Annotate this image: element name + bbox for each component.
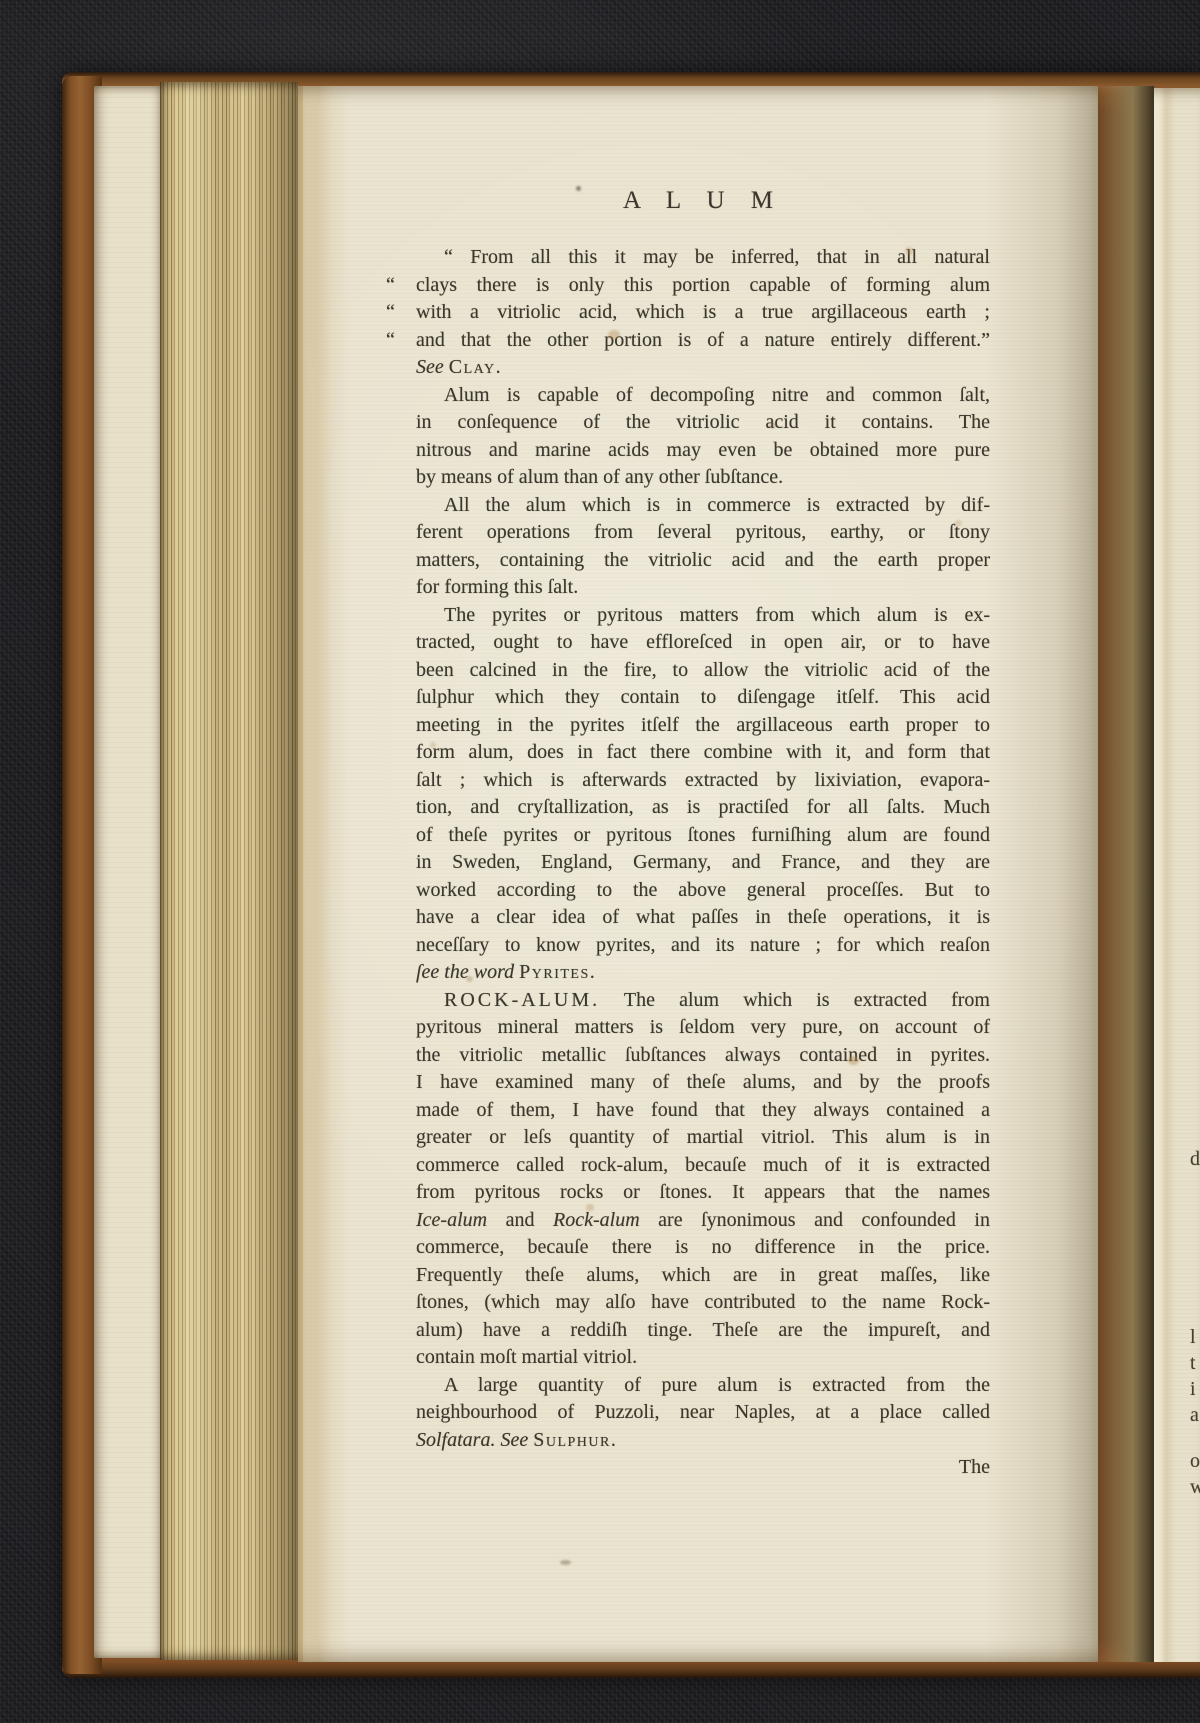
body-text: “ From all this it may be inferred, that…: [416, 244, 990, 1482]
text-line: greater or leſs quantity of martial vitr…: [416, 1124, 990, 1152]
text-line: “clays there is only this portion capabl…: [416, 272, 990, 300]
text-run: commerce, becauſe there is no difference…: [416, 1236, 990, 1258]
text-run: Alum is capable of decompoſing nitre and…: [444, 384, 990, 406]
text-run: tion, and cryſtallization, as is practiſ…: [416, 796, 990, 818]
paragraph: A large quantity of pure alum is extract…: [416, 1372, 990, 1455]
paragraph: “ From all this it may be inferred, that…: [416, 244, 990, 382]
text-line: “with a vitriolic acid, which is a true …: [416, 299, 990, 327]
catchword: The: [416, 1454, 990, 1482]
text-line: “ From all this it may be inferred, that…: [416, 244, 990, 272]
text-run: The alum which is extracted from: [600, 989, 990, 1011]
text-run: ſulphur which they contain to diſengage …: [416, 686, 990, 708]
text-run: in conſequence of the vitriolic acid it …: [416, 411, 990, 433]
text-line: ſtones, (which may alſo have contributed…: [416, 1289, 990, 1317]
text-run: made of them, I have found that they alw…: [416, 1099, 990, 1121]
text-run: been calcined in the fire, to allow the …: [416, 659, 990, 681]
text-run: ſalt ; which is afterwards extracted by …: [416, 769, 990, 791]
hanging-quote-mark: “: [386, 327, 395, 355]
text-line: in conſequence of the vitriolic acid it …: [416, 409, 990, 437]
text-line: commerce called rock-alum, becauſe much …: [416, 1152, 990, 1180]
book-page: A L U M “ From all this it may be inferr…: [298, 86, 1098, 1662]
page-header: A L U M: [416, 186, 990, 216]
text-run: Frequently theſe alums, which are in gre…: [416, 1264, 990, 1286]
paragraph: Alum is capable of decompoſing nitre and…: [416, 382, 990, 492]
text-line: from pyritous rocks or ſtones. It appear…: [416, 1179, 990, 1207]
text-line: contain moſt martial vitriol.: [416, 1344, 990, 1372]
text-run: Solfatara.: [416, 1429, 495, 1451]
text-line: of theſe pyrites or pyritous ſtones furn…: [416, 822, 990, 850]
text-run: commerce called rock-alum, becauſe much …: [416, 1154, 990, 1176]
text-line: I have examined many of theſe alums, and…: [416, 1069, 990, 1097]
text-run: the vitriolic metallic ſubſtances always…: [416, 1044, 990, 1066]
text-line: for forming this ſalt.: [416, 574, 990, 602]
text-run: by means of alum than of any other ſubſt…: [416, 466, 783, 488]
text-line: have a clear idea of what paſſes in theſ…: [416, 904, 990, 932]
text-line: A large quantity of pure alum is extract…: [416, 1372, 990, 1400]
text-run: from pyritous rocks or ſtones. It appear…: [416, 1181, 990, 1203]
text-run: with a vitriolic acid, which is a true a…: [416, 301, 990, 323]
text-line: the vitriolic metallic ſubſtances always…: [416, 1042, 990, 1070]
text-line: ſalt ; which is afterwards extracted by …: [416, 767, 990, 795]
text-line: matters, containing the vitriolic acid a…: [416, 547, 990, 575]
text-line: See Clay.: [416, 354, 990, 382]
text-line: pyritous mineral matters is ſeldom very …: [416, 1014, 990, 1042]
text-run: of theſe pyrites or pyritous ſtones furn…: [416, 824, 990, 846]
text-line: Frequently theſe alums, which are in gre…: [416, 1262, 990, 1290]
text-run: Clay.: [449, 356, 502, 378]
fore-edge-page-stack: [160, 82, 298, 1660]
text-run: pyritous mineral matters is ſeldom very …: [416, 1016, 990, 1038]
text-line: Ice-alum and Rock-alum are ſynonimous an…: [416, 1207, 990, 1235]
text-run: contain moſt martial vitriol.: [416, 1346, 637, 1368]
text-line: “and that the other portion is of a natu…: [416, 327, 990, 355]
text-line: tracted, ought to have effloreſced in op…: [416, 629, 990, 657]
text-run: I have examined many of theſe alums, and…: [416, 1071, 990, 1093]
text-line: ſulphur which they contain to diſengage …: [416, 684, 990, 712]
text-line: commerce, becauſe there is no difference…: [416, 1234, 990, 1262]
paragraph: All the alum which is in commerce is ext…: [416, 492, 990, 602]
hanging-quote-mark: “: [386, 299, 395, 327]
text-run: and that the other portion is of a natur…: [416, 329, 990, 351]
book-photo: { "photo": { "background_color": "#20202…: [0, 0, 1200, 1723]
text-run: ferent operations from ſeveral pyritous,…: [416, 521, 990, 543]
book: A L U M “ From all this it may be inferr…: [62, 72, 1200, 1678]
text-run: ROCK-ALUM.: [444, 989, 600, 1011]
text-line: All the alum which is in commerce is ext…: [416, 492, 990, 520]
text-run: tracted, ought to have effloreſced in op…: [416, 631, 990, 653]
text-line: in Sweden, England, Germany, and France,…: [416, 849, 990, 877]
text-run: have a clear idea of what paſſes in theſ…: [416, 906, 990, 928]
text-line: been calcined in the fire, to allow the …: [416, 657, 990, 685]
text-run: A large quantity of pure alum is extract…: [444, 1374, 990, 1396]
text-run: neceſſary to know pyrites, and its natur…: [416, 934, 990, 956]
text-run: nitrous and marine acids may even be obt…: [416, 439, 990, 461]
text-run: are ſynonimous and confounded in: [640, 1209, 990, 1231]
text-run: form alum, does in fact there combine wi…: [416, 741, 990, 763]
gutter-shadow: [1098, 86, 1154, 1662]
text-run: matters, containing the vitriolic acid a…: [416, 549, 990, 571]
text-run: All the alum which is in commerce is ext…: [444, 494, 990, 516]
text-run: in Sweden, England, Germany, and France,…: [416, 851, 990, 873]
text-run: alum) have a reddiſh tinge. Theſe are th…: [416, 1319, 990, 1341]
text-run: for forming this ſalt.: [416, 576, 578, 598]
text-run: See: [500, 1429, 533, 1451]
text-run: Sulphur.: [533, 1429, 617, 1451]
text-block: A L U M “ From all this it may be inferr…: [416, 86, 990, 1482]
text-run: and: [487, 1209, 553, 1231]
text-run: “ From all this it may be inferred, that…: [444, 246, 990, 268]
text-run: Ice-alum: [416, 1209, 487, 1231]
text-run: ſtones, (which may alſo have contributed…: [416, 1291, 990, 1313]
paragraph: The pyrites or pyritous matters from whi…: [416, 602, 990, 987]
paragraph: ROCK-ALUM. The alum which is extracted f…: [416, 987, 990, 1372]
text-line: nitrous and marine acids may even be obt…: [416, 437, 990, 465]
text-line: neighbourhood of Puzzoli, near Naples, a…: [416, 1399, 990, 1427]
text-line: Alum is capable of decompoſing nitre and…: [416, 382, 990, 410]
text-line: tion, and cryſtallization, as is practiſ…: [416, 794, 990, 822]
text-run: See: [416, 356, 449, 378]
text-line: The pyrites or pyritous matters from whi…: [416, 602, 990, 630]
text-run: meeting in the pyrites itſelf the argill…: [416, 714, 990, 736]
text-line: by means of alum than of any other ſubſt…: [416, 464, 990, 492]
text-line: Solfatara. See Sulphur.: [416, 1427, 990, 1455]
text-line: form alum, does in fact there combine wi…: [416, 739, 990, 767]
next-page-sliver: [1154, 88, 1200, 1662]
flyleaf-page-edge: [94, 86, 160, 1658]
text-line: ſee the word Pyrites.: [416, 959, 990, 987]
text-run: Rock-alum: [553, 1209, 640, 1231]
text-run: clays there is only this portion capable…: [416, 274, 990, 296]
text-run: neighbourhood of Puzzoli, near Naples, a…: [416, 1401, 990, 1423]
text-line: meeting in the pyrites itſelf the argill…: [416, 712, 990, 740]
text-line: ferent operations from ſeveral pyritous,…: [416, 519, 990, 547]
text-run: ſee the word: [416, 961, 519, 983]
text-line: ROCK-ALUM. The alum which is extracted f…: [416, 987, 990, 1015]
text-run: The pyrites or pyritous matters from whi…: [444, 604, 990, 626]
text-run: greater or leſs quantity of martial vitr…: [416, 1126, 990, 1148]
text-line: alum) have a reddiſh tinge. Theſe are th…: [416, 1317, 990, 1345]
text-run: Pyrites.: [519, 961, 596, 983]
text-run: worked according to the above general pr…: [416, 879, 990, 901]
text-line: made of them, I have found that they alw…: [416, 1097, 990, 1125]
hanging-quote-mark: “: [386, 272, 395, 300]
text-line: worked according to the above general pr…: [416, 877, 990, 905]
text-line: neceſſary to know pyrites, and its natur…: [416, 932, 990, 960]
